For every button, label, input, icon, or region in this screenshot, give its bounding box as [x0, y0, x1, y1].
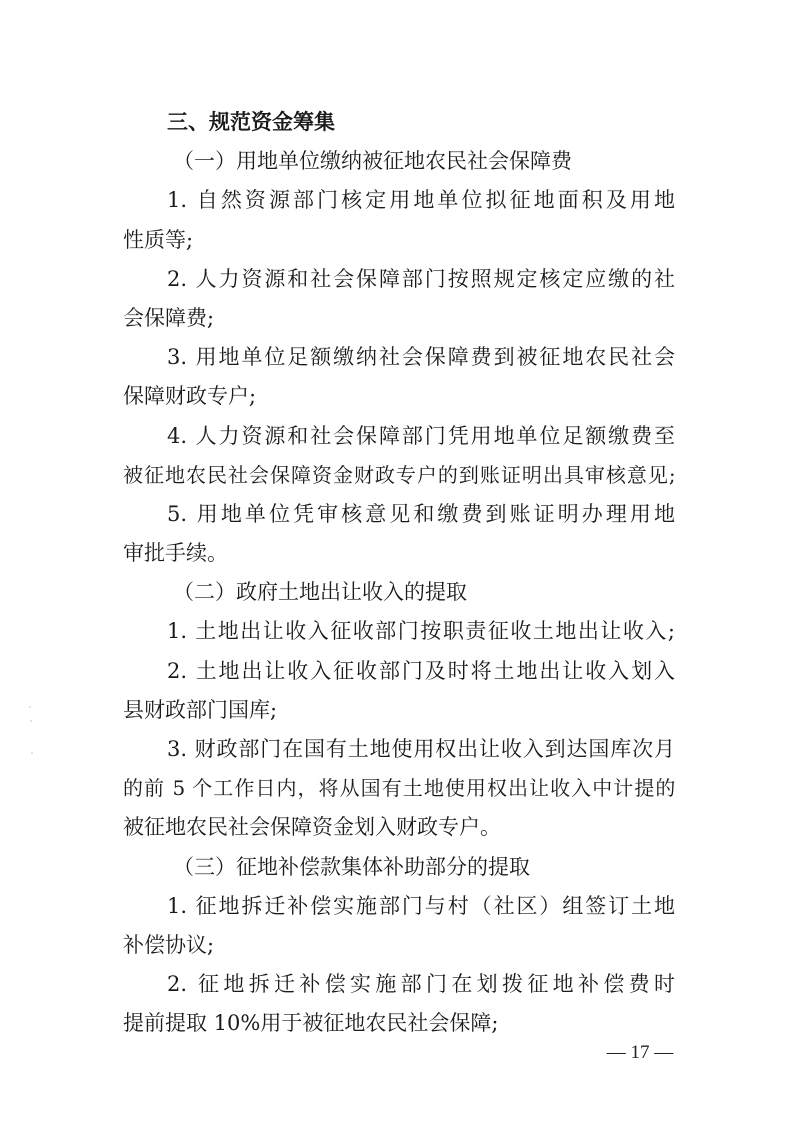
subsection-title-2: （二）政府土地出让收入的提取	[123, 573, 675, 612]
paragraph-line: 4. 人力资源和社会保障部门凭用地单位足额缴费至	[123, 417, 675, 456]
paragraph-line: 2. 土地出让收入征收部门及时将土地出让收入划入	[123, 652, 675, 691]
paragraph-line: 1. 土地出让收入征收部门按职责征收土地出让收入;	[123, 612, 675, 651]
paragraph-line: 2. 人力资源和社会保障部门按照规定核定应缴的社	[123, 260, 675, 299]
subsection-title-3: （三）征地补偿款集体补助部分的提取	[123, 848, 675, 887]
paragraph-line: 被征地农民社会保障资金财政专户的到账证明出具审核意见;	[123, 456, 675, 495]
subsection-title-1: （一）用地单位缴纳被征地农民社会保障费	[123, 142, 675, 181]
paragraph-line: 县财政部门国库;	[123, 691, 675, 730]
document-body: 三、规范资金筹集 （一）用地单位缴纳被征地农民社会保障费 1. 自然资源部门核定…	[123, 103, 675, 1044]
paragraph-line: 3. 用地单位足额缴纳社会保障费到被征地农民社会	[123, 338, 675, 377]
paragraph-line: 性质等;	[123, 221, 675, 260]
paragraph-line: 保障财政专户;	[123, 377, 675, 416]
paragraph-line: 审批手续。	[123, 534, 675, 573]
paragraph-line: 的前 5 个工作日内，将从国有土地使用权出让收入中计提的	[123, 769, 675, 808]
paragraph-line: 提前提取 10%用于被征地农民社会保障;	[123, 1004, 675, 1043]
paragraph-line: 补偿协议;	[123, 926, 675, 965]
scan-artifact	[29, 706, 31, 708]
paragraph-line: 会保障费;	[123, 299, 675, 338]
scan-artifact	[30, 720, 32, 722]
paragraph-line: 5. 用地单位凭审核意见和缴费到账证明办理用地	[123, 495, 675, 534]
paragraph-line: 2. 征地拆迁补偿实施部门在划拨征地补偿费时	[123, 965, 675, 1004]
paragraph-line: 1. 征地拆迁补偿实施部门与村（社区）组签订土地	[123, 887, 675, 926]
scan-artifact	[31, 752, 33, 754]
paragraph-line: 被征地农民社会保障资金划入财政专户。	[123, 808, 675, 847]
paragraph-line: 1. 自然资源部门核定用地单位拟征地面积及用地	[123, 181, 675, 220]
section-heading: 三、规范资金筹集	[123, 103, 675, 142]
page-number: — 17 —	[600, 1042, 680, 1064]
paragraph-line: 3. 财政部门在国有土地使用权出让收入到达国库次月	[123, 730, 675, 769]
document-page: 三、规范资金筹集 （一）用地单位缴纳被征地农民社会保障费 1. 自然资源部门核定…	[0, 0, 793, 1121]
